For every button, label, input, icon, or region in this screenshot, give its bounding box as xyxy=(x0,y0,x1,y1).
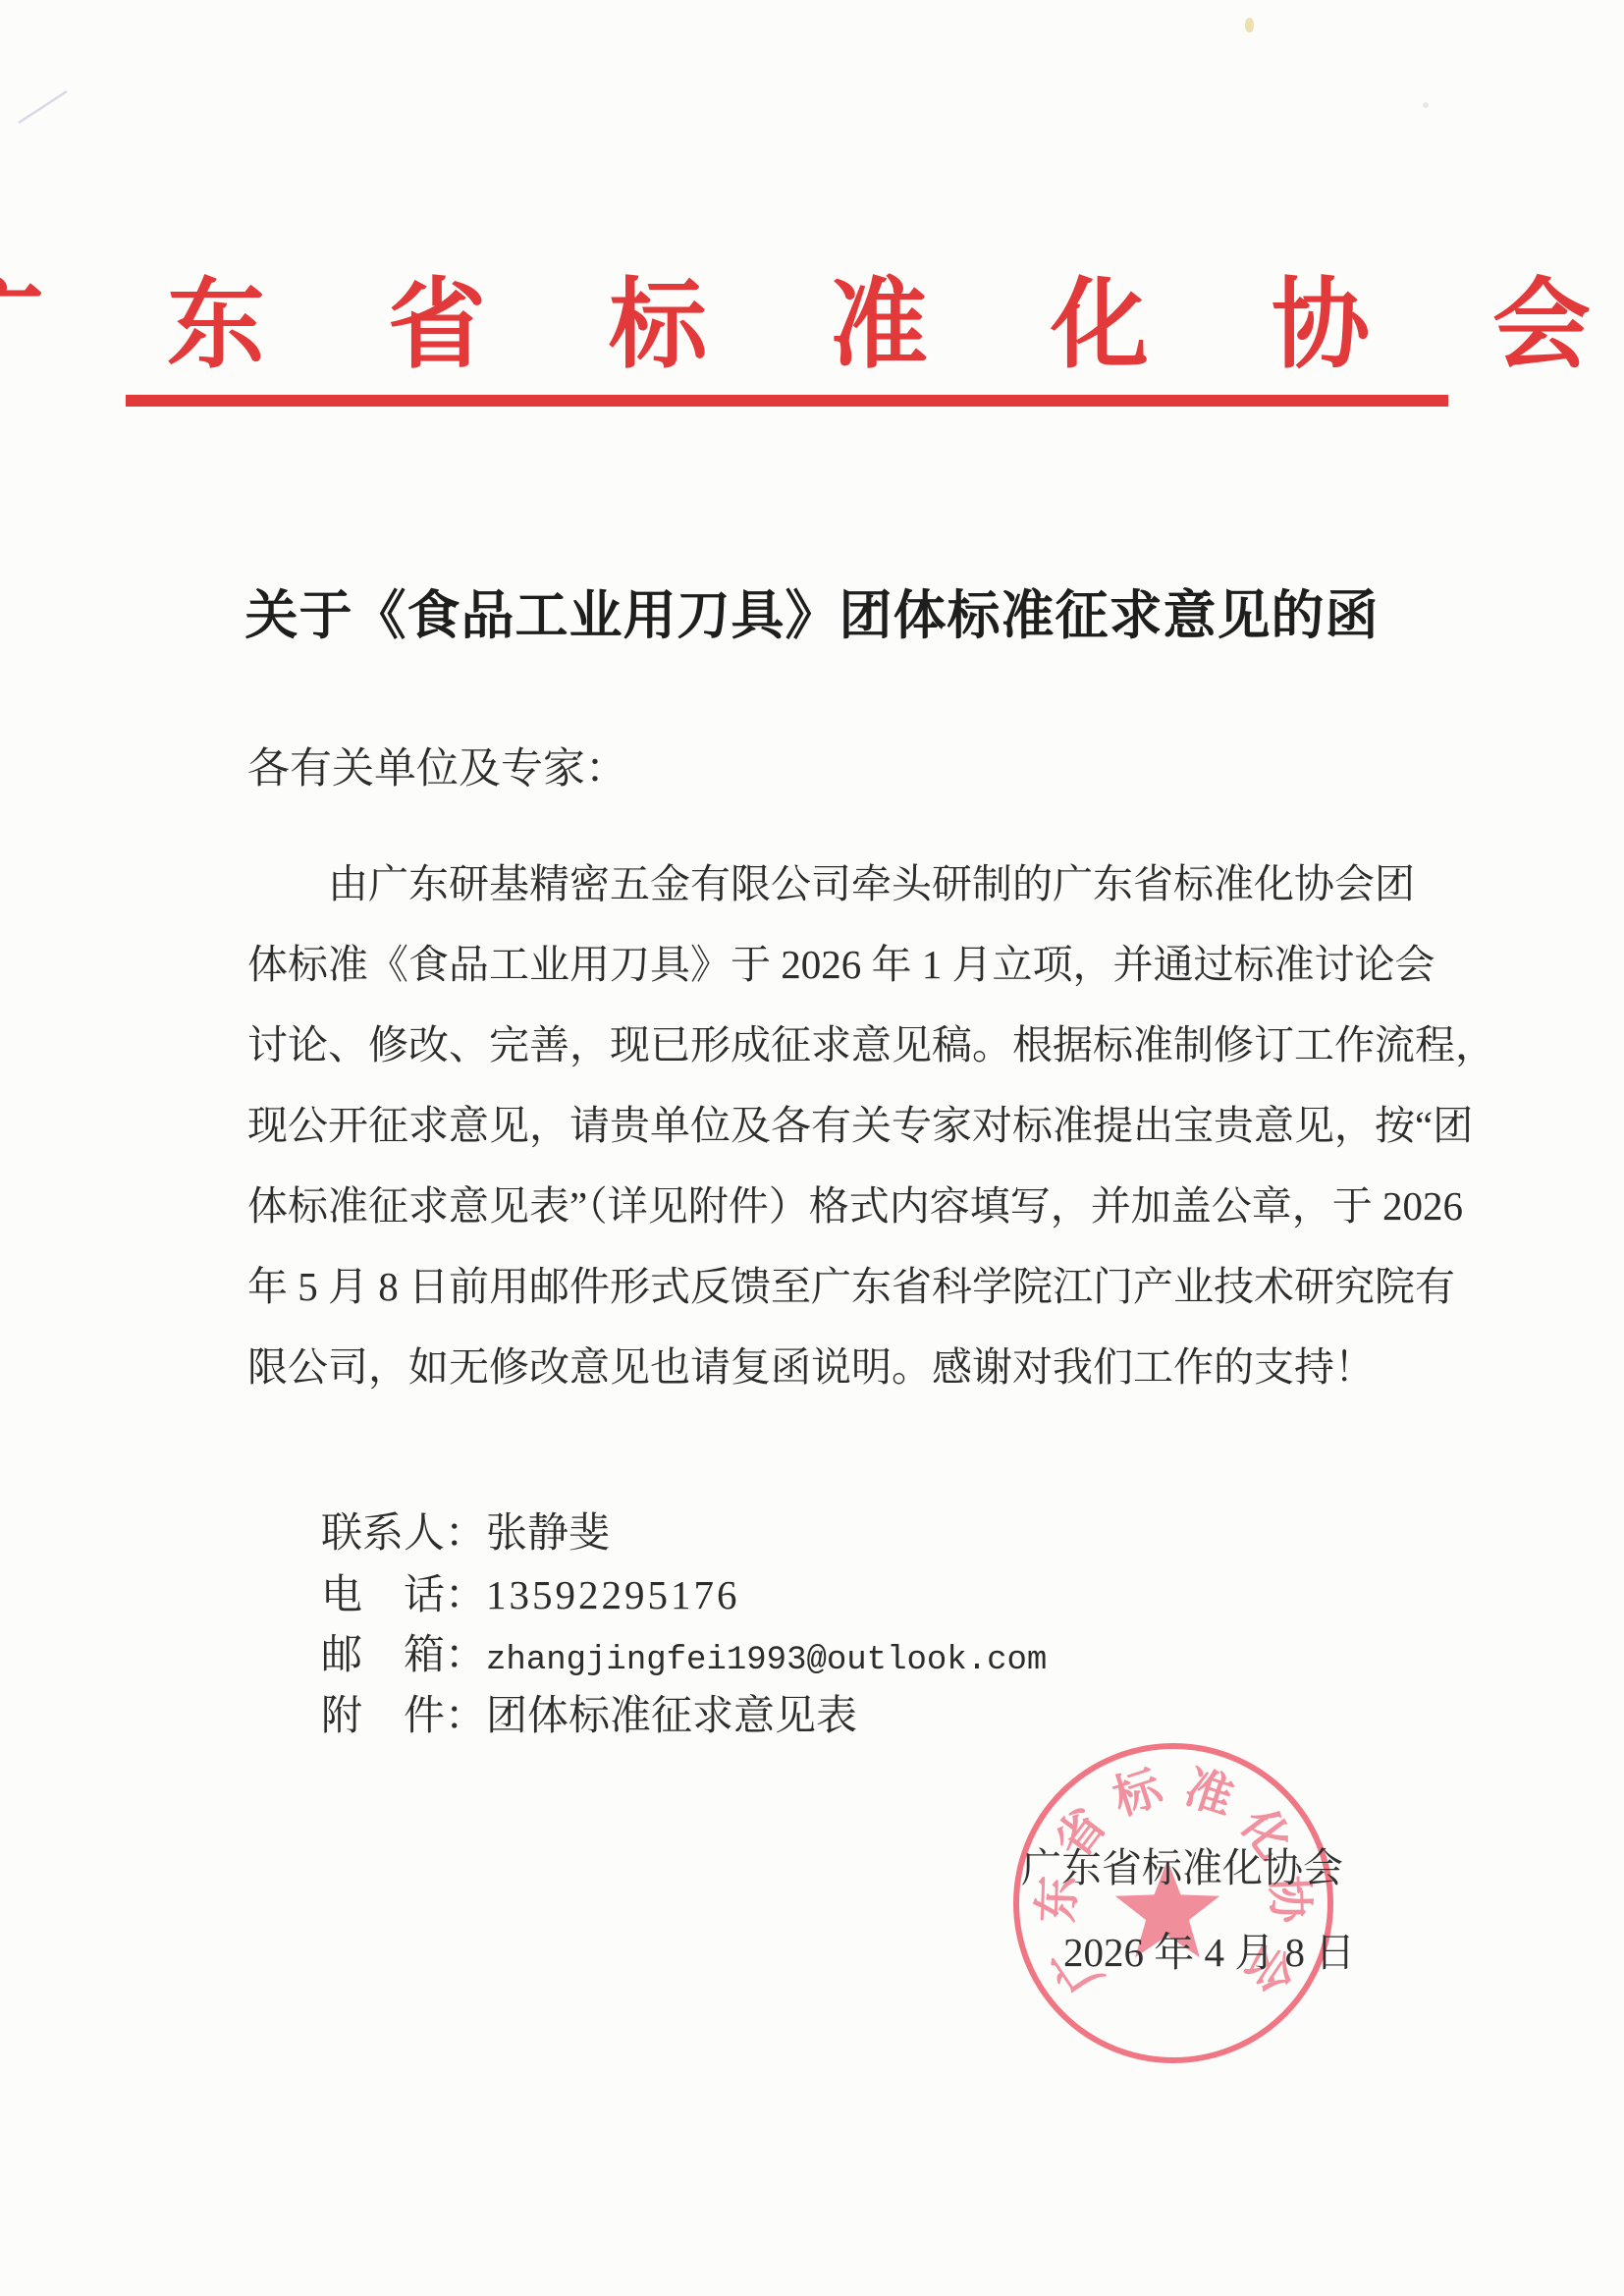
letter-page: 广 东 省 标 准 化 协 会 关于《食品工业用刀具》团体标准征求意见的函 各有… xyxy=(0,0,1624,2296)
contact-row: 附 件：团体标准征求意见表 xyxy=(321,1686,1047,1747)
official-seal: 广 东 省 标 准 化 协 会 xyxy=(1006,1736,1340,2070)
contact-block: 联系人：张静斐 电 话：13592295176 邮 箱：zhangjingfei… xyxy=(321,1503,1047,1747)
svg-text:标: 标 xyxy=(1108,1761,1170,1826)
contact-row: 邮 箱：zhangjingfei1993@outlook.com xyxy=(321,1625,1047,1686)
contact-label: 联系人： xyxy=(321,1511,486,1557)
signature-date: 2026 年 4 月 8 日 xyxy=(1063,1929,1355,1976)
contact-row: 电 话：13592295176 xyxy=(321,1564,1047,1625)
body-line: 由广东研基精密五金有限公司牵头研制的广东省标准化协会团 xyxy=(247,844,1380,924)
body-line: 限公司，如无修改意见也请复函说明。感谢对我们工作的支持！ xyxy=(247,1327,1380,1407)
contact-value-attachment: 团体标准征求意见表 xyxy=(486,1694,857,1739)
signature-org: 广东省标准化协会 xyxy=(1021,1844,1343,1891)
scan-scratch-artifact xyxy=(18,88,73,126)
red-divider xyxy=(126,395,1448,407)
scan-speck-artifact xyxy=(1245,18,1254,32)
scan-dot-artifact xyxy=(1423,102,1429,108)
body-paragraph: 由广东研基精密五金有限公司牵头研制的广东省标准化协会团 体标准《食品工业用刀具》… xyxy=(247,844,1380,1407)
body-line: 现公开征求意见，请贵单位及各有关专家对标准提出宝贵意见，按“团 xyxy=(247,1085,1380,1166)
contact-label: 邮 箱： xyxy=(321,1633,486,1678)
org-name-header: 广 东 省 标 准 化 协 会 xyxy=(0,274,1570,377)
body-line: 体标准《食品工业用刀具》于 2026 年 1 月立项，并通过标准讨论会 xyxy=(247,924,1380,1005)
contact-value-email: zhangjingfei1993@outlook.com xyxy=(486,1642,1047,1679)
contact-value-phone: 13592295176 xyxy=(486,1572,740,1617)
contact-row: 联系人：张静斐 xyxy=(321,1503,1047,1564)
salutation: 各有关单位及专家： xyxy=(247,746,627,793)
body-line: 体标准征求意见表”（详见附件）格式内容填写，并加盖公章，于 2026 xyxy=(247,1166,1380,1246)
contact-label: 电 话： xyxy=(321,1573,486,1618)
contact-label: 附 件： xyxy=(321,1694,486,1739)
document-title: 关于《食品工业用刀具》团体标准征求意见的函 xyxy=(0,583,1624,648)
body-line: 年 5 月 8 日前用邮件形式反馈至广东省科学院江门产业技术研究院有 xyxy=(247,1246,1380,1327)
contact-value-name: 张静斐 xyxy=(486,1511,610,1557)
body-line: 讨论、修改、完善，现已形成征求意见稿。根据标准制修订工作流程， xyxy=(247,1005,1380,1085)
svg-text:准: 准 xyxy=(1178,1762,1239,1826)
